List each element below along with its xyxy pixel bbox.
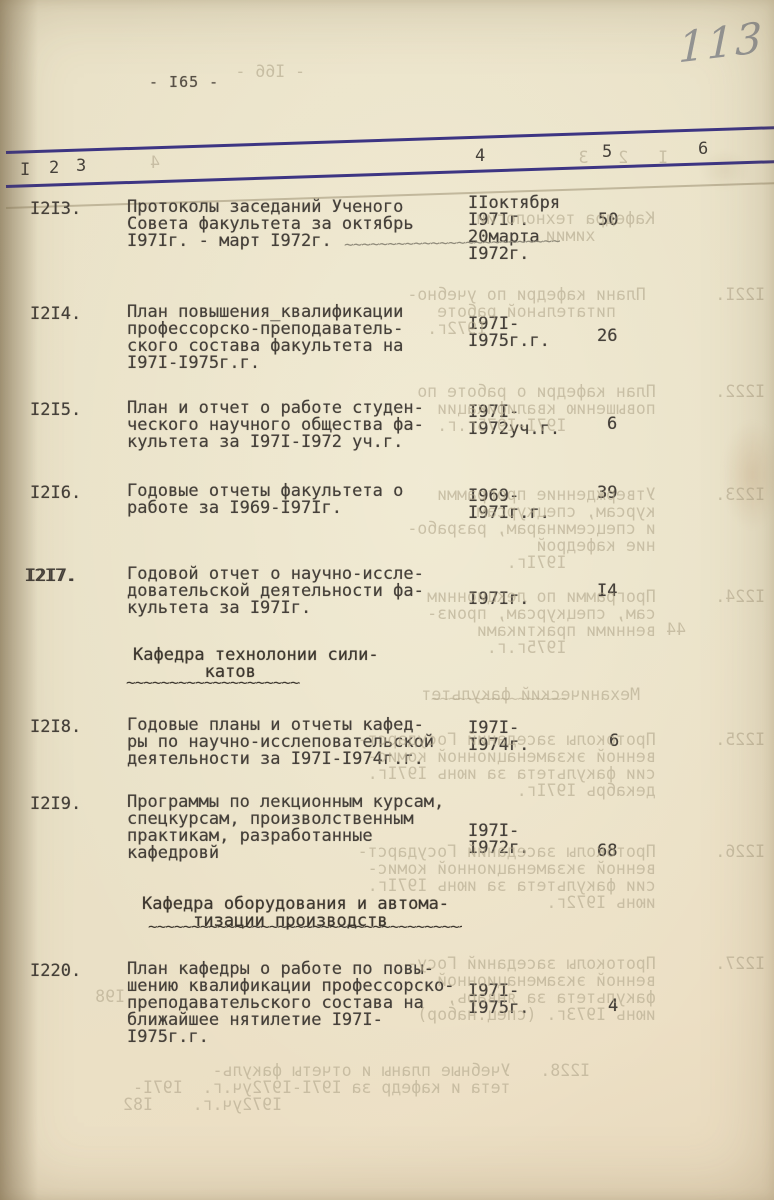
bleedthrough-column-number: 4 — [130, 154, 160, 171]
binding-edge — [0, 0, 18, 1200]
bleedthrough-entry-1228: I228. Учебные планы и отчеты факуль- тет… — [85, 1062, 590, 1113]
entry-number: I2I7. — [26, 568, 77, 585]
column-number-4: 4 — [475, 146, 485, 166]
entry-number: I2I6. — [30, 485, 81, 502]
entry-description: Годовой отчет о научно-иссле- довательск… — [127, 566, 424, 617]
bleedthrough-page-number: - I66 - — [225, 63, 305, 80]
bleedthrough-column-numbers: I 2 3 — [548, 149, 668, 166]
column-number-1: I — [20, 160, 30, 180]
entry-number: I2I5. — [30, 402, 81, 419]
bleedthrough-count: 44 — [646, 621, 686, 638]
scanned-archive-page: 113 - I65 - - I66 - I 2 3 4 5 6 I 2 3 4 … — [0, 0, 774, 1200]
entry-number: I2I9. — [30, 796, 81, 813]
bleedthrough-entry-1224: I224. Программи по лекционним сам, спецк… — [415, 588, 765, 656]
pencil-page-number: 113 — [678, 13, 764, 73]
wavy-underline: ~~~~~~~~~~~~~~~~~~~~~~~~~~~~~~~~~~~~~~~~… — [148, 921, 462, 934]
entry-description: План и отчет о работе студен- ческого на… — [127, 400, 424, 451]
wavy-underline-bleed: ~~~~~~~~~~~~~~~~~~~~~~~~~~~~~~~~~~~~~~~~… — [431, 693, 566, 706]
entry-number: I220. — [30, 963, 81, 980]
bleedthrough-entry-1222: I222. План кафедри о работе по повышению… — [415, 383, 765, 434]
bleedthrough-entry-1221: I22I. Плани кафедри по учебно- питательн… — [415, 286, 765, 337]
entry-description: План повышения_квалификации профессорско… — [127, 304, 403, 372]
typed-page-number: - I65 - — [149, 74, 219, 91]
column-number-3: 3 — [76, 156, 86, 176]
column-number-6: 6 — [698, 139, 708, 159]
bleedthrough-count: I98 — [80, 988, 125, 1005]
entry-description: Годовые отчеты факультета о работе за I9… — [127, 483, 403, 517]
entry-description: План кафедры о работе по повы- шению ква… — [127, 961, 455, 1046]
entry-number: I2I3. — [30, 201, 81, 218]
entry-number: I2I4. — [30, 306, 81, 323]
bleedthrough-entry-1223: I223. Утвержденние программи курсам, спе… — [415, 486, 765, 571]
section-heading-silicates: Кафедра технолонии сили- катов — [133, 647, 379, 681]
bleedthrough-entry-1227: I227. Протоколы заседаний Госу- венной э… — [415, 955, 765, 1023]
wavy-underline: ~~~~~~~~~~~~~~~~~~~~~~~~~~~~~~~~~~~~~~~~… — [126, 677, 300, 690]
column-number-2: 2 — [49, 158, 59, 178]
bleedthrough-entry-1225: I225. Протоколы заседаний Государст- вен… — [415, 731, 765, 799]
bleedthrough-text: Кафедра технологии химии — [420, 210, 655, 244]
bleedthrough-entry-1226: I226. Протоколы заседаний Государст- вен… — [415, 843, 765, 911]
entry-number: I2I8. — [30, 719, 81, 736]
